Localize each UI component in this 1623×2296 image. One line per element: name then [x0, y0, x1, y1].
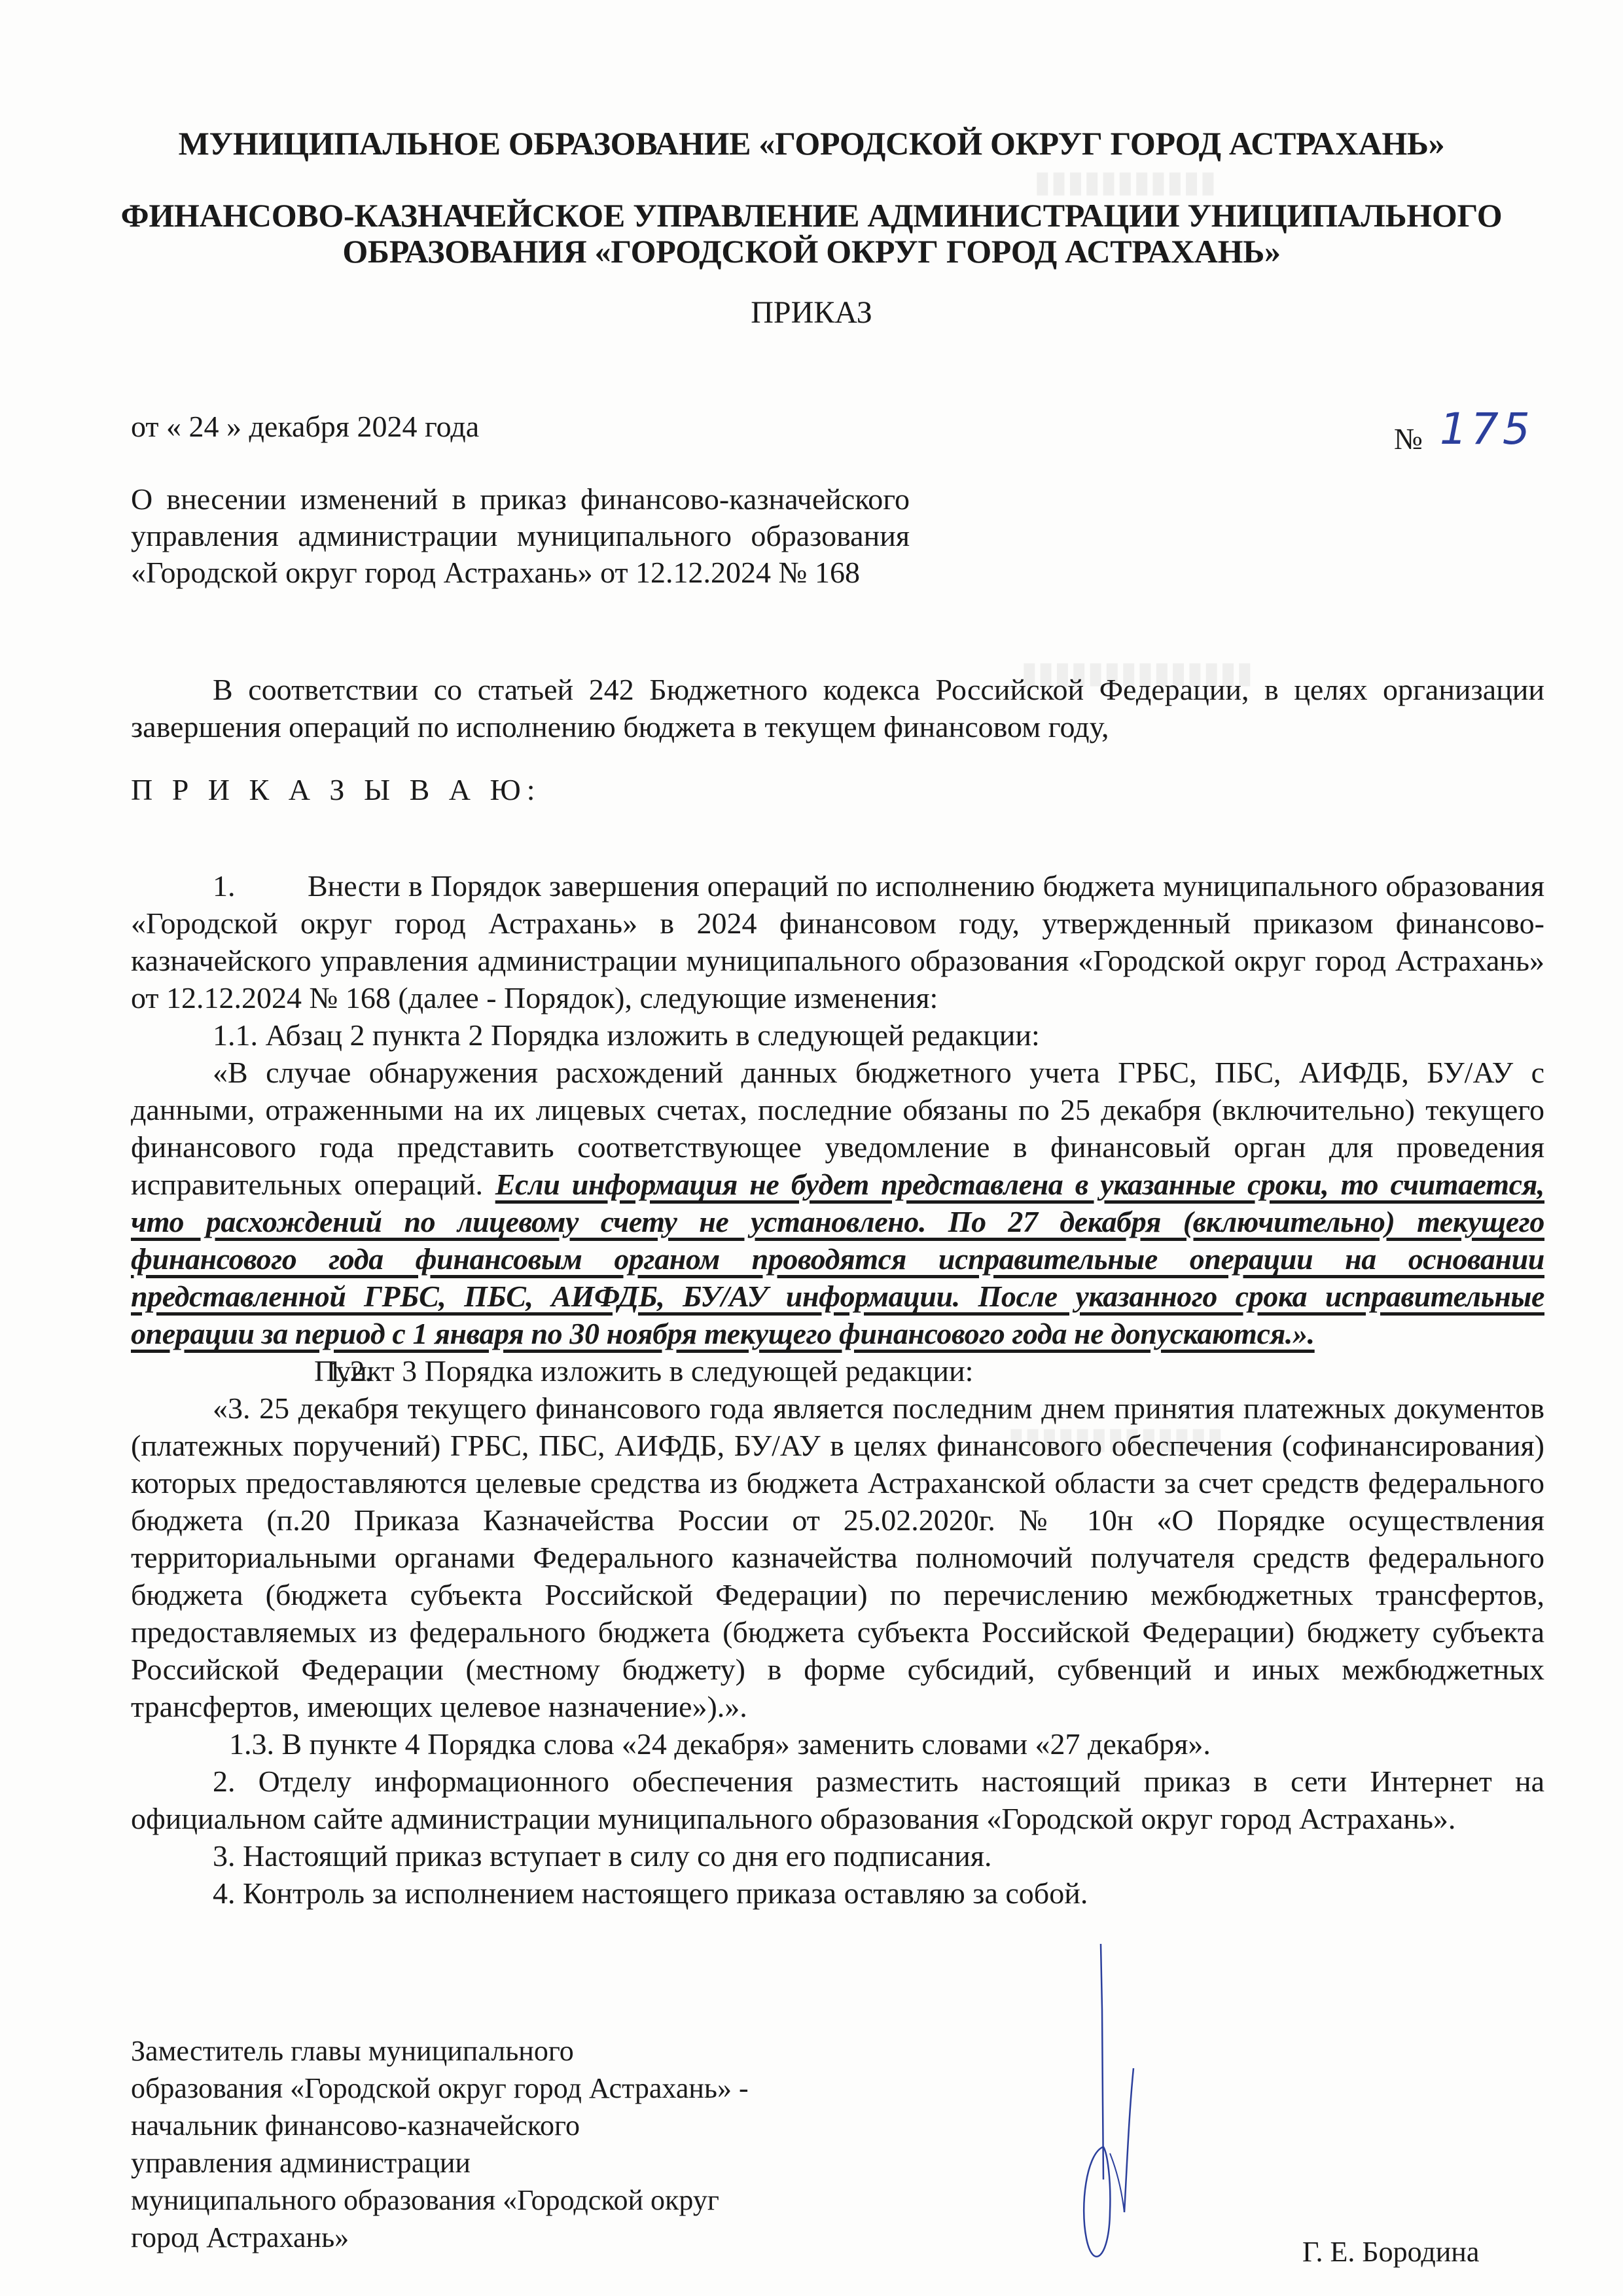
order-directive-word: П Р И К А З Ы В А Ю:	[131, 772, 541, 807]
show-through-texture: ▮▮▮▮▮▮▮▮▮▮▮	[1034, 164, 1216, 199]
signatory-title: Заместитель главы муниципального образов…	[131, 2032, 749, 2256]
signatory-title-line: Заместитель главы муниципального	[131, 2032, 749, 2070]
signatory-name: Г. Е. Бородина	[1302, 2235, 1479, 2269]
item-1-2-text: Пункт 3 Порядка изложить в следующей ред…	[314, 1354, 973, 1388]
order-body: 1.Внести в Порядок завершения операций п…	[131, 867, 1544, 1912]
item-1-number: 1.	[213, 867, 308, 905]
signatory-title-line: управления администрации	[131, 2144, 749, 2181]
item-1-2: 1.2.Пункт 3 Порядка изложить в следующей…	[131, 1352, 1544, 1390]
department-heading-line-2: ОБРАЗОВАНИЯ «ГОРОДСКОЙ ОКРУГ ГОРОД АСТРА…	[0, 232, 1623, 270]
item-1-text: Внести в Порядок завершения операций по …	[131, 869, 1544, 1014]
municipality-heading: МУНИЦИПАЛЬНОЕ ОБРАЗОВАНИЕ «ГОРОДСКОЙ ОКР…	[0, 124, 1623, 162]
signatory-title-line: муниципального образования «Городской ок…	[131, 2181, 749, 2219]
item-4: 4. Контроль за исполнением настоящего пр…	[131, 1874, 1544, 1912]
signatory-title-line: город Астрахань»	[131, 2219, 749, 2256]
handwritten-order-number: 175	[1440, 404, 1534, 454]
document-page: ▮▮▮▮▮▮▮▮▮▮▮ ▮▮▮▮▮▮▮▮▮▮▮▮▮▮ ▮▮▮▮▮▮▮▮▮▮▮▮▮…	[0, 0, 1623, 2296]
item-3: 3. Настоящий приказ вступает в силу со д…	[131, 1837, 1544, 1874]
handwritten-signature-icon	[982, 1931, 1178, 2258]
item-1-2-quote: «3. 25 декабря текущего финансового года…	[131, 1390, 1544, 1725]
preamble-text: В соответствии со статьей 242 Бюджетного…	[131, 671, 1544, 745]
item-1-1-quote: «В случае обнаружения расхождений данных…	[131, 1054, 1544, 1352]
item-1: 1.Внести в Порядок завершения операций п…	[131, 867, 1544, 1016]
item-1-2-number: 1.2.	[229, 1352, 314, 1390]
number-sign: №	[1394, 422, 1423, 456]
item-1-3: 1.3. В пункте 4 Порядка слова «24 декабр…	[131, 1725, 1544, 1763]
item-1-1: 1.1. Абзац 2 пункта 2 Порядка изложить в…	[131, 1016, 1544, 1054]
order-subject: О внесении изменений в приказ финансово-…	[131, 481, 910, 591]
department-heading-line-1: ФИНАНСОВО-КАЗНАЧЕЙСКОЕ УПРАВЛЕНИЕ АДМИНИ…	[0, 196, 1623, 234]
order-date: от « 24 » декабря 2024 года	[131, 409, 479, 444]
preamble: В соответствии со статьей 242 Бюджетного…	[131, 671, 1544, 745]
signatory-title-line: начальник финансово-казначейского	[131, 2107, 749, 2144]
item-2: 2. Отделу информационного обеспечения ра…	[131, 1763, 1544, 1837]
order-number: № 175	[1394, 409, 1534, 459]
document-type-title: ПРИКАЗ	[0, 295, 1623, 331]
signatory-title-line: образования «Городской округ город Астра…	[131, 2070, 749, 2107]
